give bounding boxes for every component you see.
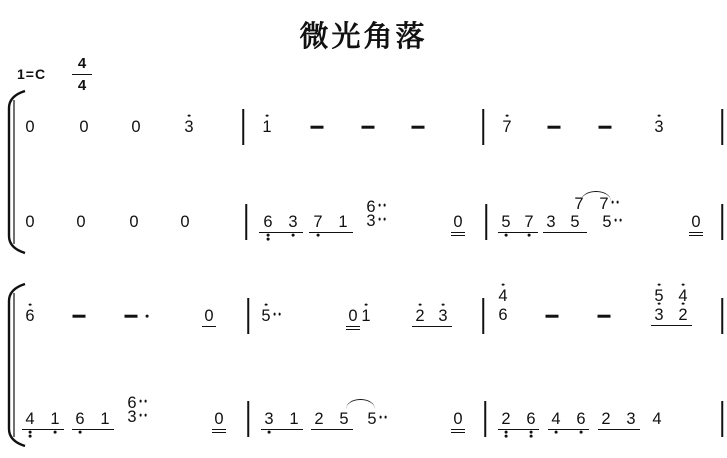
beam-underline bbox=[259, 232, 303, 233]
note: 3 bbox=[264, 411, 273, 428]
note: 1 bbox=[262, 119, 271, 136]
note: 6 bbox=[263, 214, 272, 231]
barline bbox=[721, 298, 723, 334]
duration-dot bbox=[379, 416, 382, 419]
note: 7 bbox=[599, 196, 608, 213]
duration-dot bbox=[384, 416, 387, 419]
beam-underline bbox=[309, 232, 353, 233]
note: 0 bbox=[204, 308, 213, 325]
note: 4 bbox=[498, 288, 507, 305]
duration-dot bbox=[614, 219, 617, 222]
note: 4 bbox=[551, 411, 560, 428]
octave-dot-above bbox=[266, 114, 269, 117]
note: 2 bbox=[678, 307, 687, 324]
barline bbox=[485, 204, 487, 240]
note: 0 bbox=[453, 214, 462, 231]
note: 5 bbox=[501, 214, 510, 231]
note: 2 bbox=[601, 411, 610, 428]
note: 1 bbox=[50, 411, 59, 428]
beam-underline bbox=[346, 329, 360, 330]
note: 5 bbox=[367, 411, 376, 428]
beam-underline bbox=[72, 429, 114, 430]
octave-dot-below bbox=[505, 435, 508, 438]
octave-dot-above bbox=[188, 114, 191, 117]
beam-underline bbox=[451, 232, 465, 233]
duration-dash bbox=[548, 126, 561, 129]
beam-underline bbox=[498, 232, 538, 233]
barline bbox=[721, 109, 723, 145]
note: 6 bbox=[25, 308, 34, 325]
note: 5 bbox=[261, 308, 270, 325]
beam-underline bbox=[498, 429, 539, 430]
note: 2 bbox=[314, 411, 323, 428]
octave-dot-below bbox=[555, 431, 558, 434]
beam-underline bbox=[651, 325, 692, 326]
octave-dot-above bbox=[265, 303, 268, 306]
barline bbox=[245, 204, 247, 240]
beam-underline bbox=[451, 429, 465, 430]
barline bbox=[242, 109, 244, 145]
note: 0 bbox=[453, 411, 462, 428]
duration-dot bbox=[139, 400, 142, 403]
note: 0 bbox=[25, 119, 34, 136]
note: 0 bbox=[180, 214, 189, 231]
note: 1 bbox=[338, 214, 347, 231]
octave-dot-above bbox=[658, 114, 661, 117]
note: 3 bbox=[626, 411, 635, 428]
barline bbox=[721, 401, 723, 437]
octave-dot-above bbox=[658, 283, 661, 286]
note: 0 bbox=[25, 214, 34, 231]
octave-dot-above bbox=[29, 303, 32, 306]
duration-dash bbox=[73, 315, 86, 318]
octave-dot-below bbox=[29, 431, 32, 434]
beam-underline bbox=[202, 326, 216, 327]
octave-dot-below bbox=[267, 234, 270, 237]
note: 7 bbox=[313, 214, 322, 231]
note: 5 bbox=[570, 214, 579, 231]
duration-dash bbox=[311, 126, 324, 129]
note: 4 bbox=[652, 411, 661, 428]
octave-dot-above bbox=[658, 302, 661, 305]
note: 3 bbox=[546, 214, 555, 231]
beam-underline bbox=[689, 232, 703, 233]
note: 0 bbox=[214, 411, 223, 428]
note: 1 bbox=[100, 411, 109, 428]
note: 1 bbox=[361, 308, 370, 325]
duration-dash bbox=[599, 126, 612, 129]
beam-underline bbox=[346, 326, 360, 327]
octave-dot-below bbox=[292, 234, 295, 237]
duration-dot bbox=[611, 201, 614, 204]
barline bbox=[484, 401, 486, 437]
barline bbox=[721, 204, 723, 240]
duration-dot bbox=[383, 204, 386, 207]
beam-underline bbox=[22, 429, 64, 430]
note: 3 bbox=[184, 119, 193, 136]
octave-dot-below bbox=[505, 431, 508, 434]
barline bbox=[247, 401, 249, 437]
note: 3 bbox=[438, 308, 447, 325]
duration-dot bbox=[383, 218, 386, 221]
duration-dash bbox=[125, 315, 138, 318]
note: 0 bbox=[76, 214, 85, 231]
beam-underline bbox=[548, 429, 589, 430]
note: 6 bbox=[526, 411, 535, 428]
note: 1 bbox=[289, 411, 298, 428]
duration-dot bbox=[144, 414, 147, 417]
sheet-music-page: 微光角落 1=C 4 4 000317300006371630573577506… bbox=[0, 0, 727, 458]
beam-underline bbox=[689, 235, 703, 236]
duration-dash bbox=[362, 126, 375, 129]
barline bbox=[482, 109, 484, 145]
note: 5 bbox=[602, 214, 611, 231]
note: 7 bbox=[502, 119, 511, 136]
duration-dot bbox=[273, 313, 276, 316]
note: 4 bbox=[25, 411, 34, 428]
octave-dot-below bbox=[79, 431, 82, 434]
duration-dash bbox=[412, 126, 425, 129]
duration-dot bbox=[378, 204, 381, 207]
note: 5 bbox=[339, 411, 348, 428]
duration-dot bbox=[378, 218, 381, 221]
beam-underline bbox=[598, 429, 640, 430]
duration-dot bbox=[146, 315, 149, 318]
beam-underline bbox=[412, 326, 452, 327]
beam-underline bbox=[543, 232, 587, 233]
beam-underline bbox=[311, 429, 353, 430]
tie-arc bbox=[346, 399, 375, 409]
beam-underline bbox=[212, 432, 226, 433]
octave-dot-above bbox=[506, 114, 509, 117]
duration-dash bbox=[598, 315, 611, 318]
octave-dot-above bbox=[365, 303, 368, 306]
beam-underline bbox=[451, 235, 465, 236]
octave-dot-above bbox=[682, 302, 685, 305]
barline bbox=[482, 298, 484, 334]
note: 0 bbox=[79, 119, 88, 136]
octave-dot-below bbox=[54, 431, 57, 434]
duration-dot bbox=[619, 219, 622, 222]
octave-dot-above bbox=[502, 283, 505, 286]
duration-dot bbox=[139, 414, 142, 417]
octave-dot-below bbox=[580, 431, 583, 434]
octave-dot-below bbox=[505, 234, 508, 237]
duration-dot bbox=[278, 313, 281, 316]
duration-dash bbox=[546, 315, 559, 318]
note: 3 bbox=[654, 119, 663, 136]
beam-underline bbox=[212, 429, 226, 430]
note: 3 bbox=[366, 213, 375, 230]
octave-dot-below bbox=[29, 435, 32, 438]
octave-dot-below bbox=[530, 435, 533, 438]
note: 6 bbox=[576, 411, 585, 428]
note: 0 bbox=[691, 214, 700, 231]
notation-area: 0003173000063716305735775060501234654324… bbox=[0, 0, 727, 458]
duration-dot bbox=[144, 400, 147, 403]
octave-dot-below bbox=[268, 431, 271, 434]
note: 0 bbox=[131, 119, 140, 136]
note: 7 bbox=[524, 214, 533, 231]
octave-dot-below bbox=[528, 234, 531, 237]
octave-dot-below bbox=[317, 234, 320, 237]
note: 2 bbox=[415, 308, 424, 325]
octave-dot-above bbox=[442, 303, 445, 306]
note: 2 bbox=[501, 411, 510, 428]
beam-underline bbox=[451, 432, 465, 433]
note: 0 bbox=[129, 214, 138, 231]
note: 0 bbox=[348, 308, 357, 325]
note: 6 bbox=[75, 411, 84, 428]
note: 3 bbox=[127, 409, 136, 426]
octave-dot-above bbox=[419, 303, 422, 306]
duration-dot bbox=[616, 201, 619, 204]
barline bbox=[247, 298, 249, 334]
note: 3 bbox=[654, 307, 663, 324]
octave-dot-below bbox=[267, 238, 270, 241]
octave-dot-above bbox=[682, 283, 685, 286]
beam-underline bbox=[261, 429, 303, 430]
note: 3 bbox=[288, 214, 297, 231]
note: 6 bbox=[498, 307, 507, 324]
octave-dot-below bbox=[530, 431, 533, 434]
